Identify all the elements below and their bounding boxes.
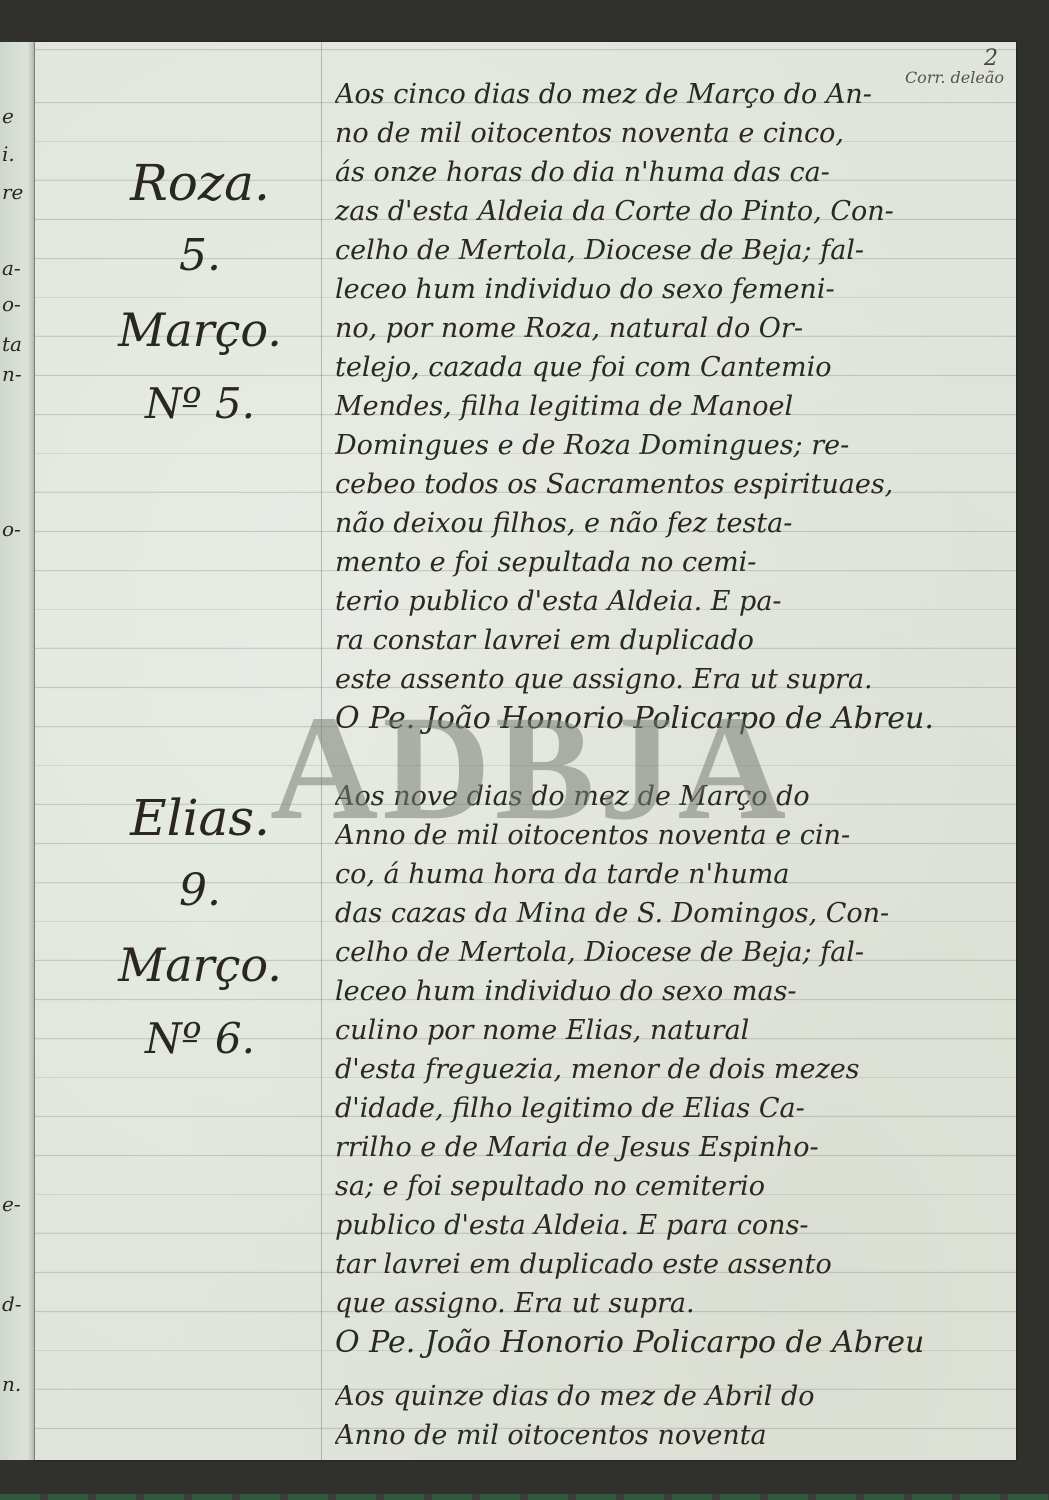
entry-line: cebeo todos os Sacramentos espirituaes, bbox=[335, 465, 1035, 504]
register-entry-1: Aos cinco dias do mez de Março do An- no… bbox=[335, 75, 1035, 738]
register-page: 2 Corr. deleão Roza. 5. Março. Nº 5. Eli… bbox=[35, 42, 1016, 1460]
entry-line: d'esta freguezia, menor de dois mezes bbox=[335, 1050, 1035, 1089]
priest-signature: O Pe. João Honorio Policarpo de Abreu bbox=[335, 1323, 1035, 1362]
entry-line: leceo hum individuo do sexo femeni- bbox=[335, 270, 1035, 309]
entry-line: ás onze horas do dia n'huma das ca- bbox=[335, 153, 1035, 192]
left-fragment: e- bbox=[2, 1192, 21, 1216]
entry-line: zas d'esta Aldeia da Corte do Pinto, Con… bbox=[335, 192, 1035, 231]
left-fragment: d- bbox=[2, 1292, 22, 1316]
priest-signature: O Pe. João Honorio Policarpo de Abreu. bbox=[335, 699, 1035, 738]
entry-line: tar lavrei em duplicado este assento bbox=[335, 1245, 1035, 1284]
margin-entry-1: Roza. 5. Março. Nº 5. bbox=[90, 147, 310, 441]
entry-line: celho de Mertola, Diocese de Beja; fal- bbox=[335, 231, 1035, 270]
margin-record-number: Nº 6. bbox=[90, 1002, 310, 1076]
margin-month: Março. bbox=[90, 293, 310, 367]
entry-line: culino por nome Elias, natural bbox=[335, 1011, 1035, 1050]
entry-line: este assento que assigno. Era ut supra. bbox=[335, 660, 1035, 699]
entry-line: Aos quinze dias do mez de Abril do bbox=[335, 1377, 1035, 1416]
entry-line: das cazas da Mina de S. Domingos, Con- bbox=[335, 894, 1035, 933]
margin-name: Elias. bbox=[90, 782, 310, 854]
entry-line: que assigno. Era ut supra. bbox=[335, 1284, 1035, 1323]
entry-line: rrilho e de Maria de Jesus Espinho- bbox=[335, 1128, 1035, 1167]
entry-line: leceo hum individuo do sexo mas- bbox=[335, 972, 1035, 1011]
entry-line: d'idade, filho legitimo de Elias Ca- bbox=[335, 1089, 1035, 1128]
margin-entry-2: Elias. 9. Março. Nº 6. bbox=[90, 782, 310, 1076]
entry-line: mento e foi sepultada no cemi- bbox=[335, 543, 1035, 582]
left-fragment: ta bbox=[2, 332, 22, 356]
margin-name: Roza. bbox=[90, 147, 310, 219]
entry-line: Aos cinco dias do mez de Março do An- bbox=[335, 75, 1035, 114]
entry-line: Anno de mil oitocentos noventa bbox=[335, 1416, 1035, 1455]
entry-line: celho de Mertola, Diocese de Beja; fal- bbox=[335, 933, 1035, 972]
scanner-color-strip bbox=[0, 1494, 1049, 1500]
entry-line: co, á huma hora da tarde n'huma bbox=[335, 855, 1035, 894]
left-fragment: e bbox=[2, 104, 14, 128]
register-entry-3: Aos quinze dias do mez de Abril do Anno … bbox=[335, 1377, 1035, 1455]
entry-line: sa; e foi sepultado no cemiterio bbox=[335, 1167, 1035, 1206]
left-fragment: a- bbox=[2, 256, 21, 280]
margin-day: 5. bbox=[90, 219, 310, 293]
entry-line: Anno de mil oitocentos noventa e cin- bbox=[335, 816, 1035, 855]
left-fragment: n- bbox=[2, 362, 22, 386]
left-fragment: n. bbox=[2, 1372, 21, 1396]
margin-record-number: Nº 5. bbox=[90, 367, 310, 441]
left-fragment: o- bbox=[2, 517, 21, 541]
entry-line: Mendes, filha legitima de Manoel bbox=[335, 387, 1035, 426]
register-entry-2: Aos nove dias do mez de Março do Anno de… bbox=[335, 777, 1035, 1362]
entry-line: telejo, cazada que foi com Cantemio bbox=[335, 348, 1035, 387]
left-fragment: o- bbox=[2, 292, 21, 316]
entry-line: não deixou filhos, e não fez testa- bbox=[335, 504, 1035, 543]
entry-line: publico d'esta Aldeia. E para cons- bbox=[335, 1206, 1035, 1245]
entry-line: no de mil oitocentos noventa e cinco, bbox=[335, 114, 1035, 153]
margin-day: 9. bbox=[90, 854, 310, 928]
entry-line: Domingues e de Roza Domingues; re- bbox=[335, 426, 1035, 465]
entry-line: ra constar lavrei em duplicado bbox=[335, 621, 1035, 660]
entry-line: Aos nove dias do mez de Março do bbox=[335, 777, 1035, 816]
previous-page-edge: e i. re a- o- ta n- o- e- d- n. bbox=[0, 42, 35, 1460]
margin-month: Março. bbox=[90, 928, 310, 1002]
entry-line: terio publico d'esta Aldeia. E pa- bbox=[335, 582, 1035, 621]
margin-rule bbox=[321, 42, 322, 1460]
entry-line: no, por nome Roza, natural do Or- bbox=[335, 309, 1035, 348]
left-fragment: re bbox=[2, 180, 23, 204]
left-fragment: i. bbox=[2, 142, 15, 166]
